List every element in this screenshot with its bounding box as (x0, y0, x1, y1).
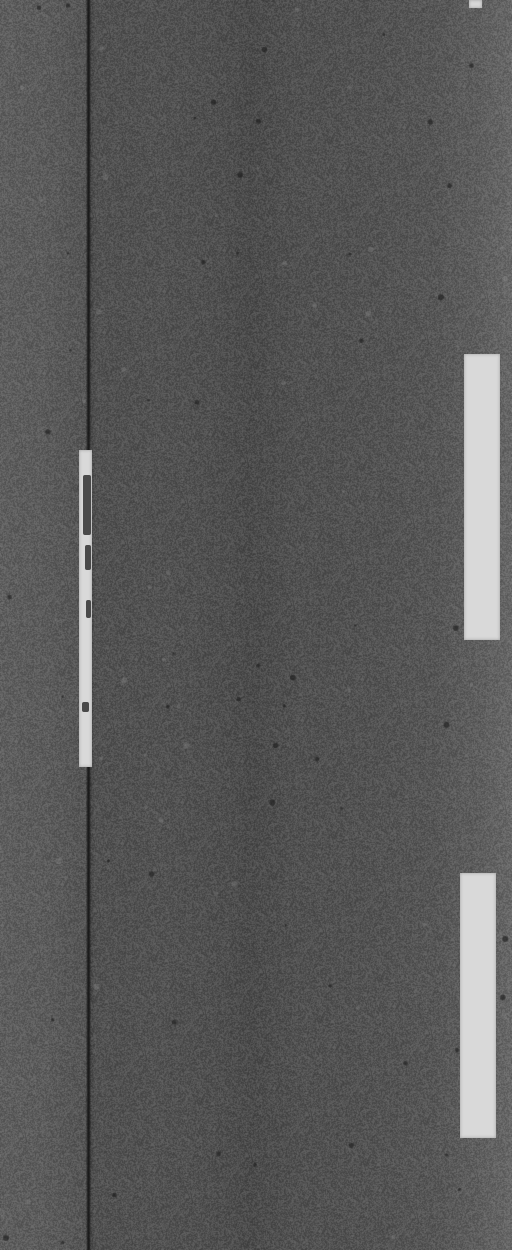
road-surface (0, 0, 512, 1250)
marking-wear (85, 545, 91, 570)
marking-wear (86, 600, 91, 618)
marking-wear (83, 475, 91, 535)
right-lane-marking-dash (464, 354, 500, 640)
marking-wear (82, 702, 89, 712)
asphalt-texture (0, 0, 512, 1250)
right-lane-marking-dash (469, 0, 482, 8)
right-lane-marking-dash (460, 873, 496, 1138)
left-lane-marking (79, 450, 92, 767)
